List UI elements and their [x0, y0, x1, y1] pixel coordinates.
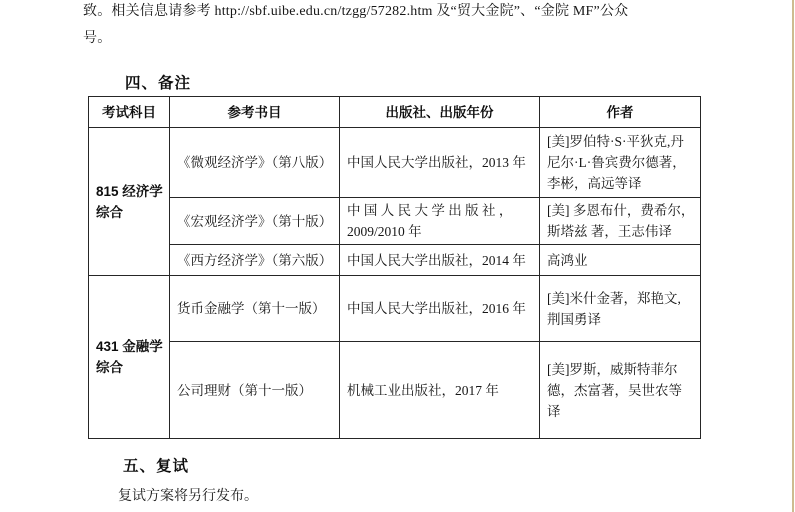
table-row: 《西方经济学》（第六版） 中国人民大学出版社，2014 年 高鸿业	[89, 245, 701, 276]
table-row: 《宏观经济学》（第十版） 中 国 人 民 大 学 出 版 社 ， 2009/20…	[89, 198, 701, 245]
publisher-cell: 中国人民大学出版社，2016 年	[340, 276, 540, 342]
book-title-cell: 货币金融学（第十一版）	[170, 276, 340, 342]
page-right-edge-line	[792, 0, 794, 512]
subject-cell-815-economics: 815 经济学 综合	[89, 128, 170, 276]
publisher-cell: 中国人民大学出版社，2013 年	[340, 128, 540, 198]
subject-cell-431-finance: 431 金融学 综合	[89, 276, 170, 439]
reference-books-table: 考试科目 参考书目 出版社、出版年份 作者 815 经济学 综合 《微观经济学》…	[88, 96, 701, 439]
author-cell: 高鸿业	[540, 245, 701, 276]
section-heading-remarks: 四、备注	[125, 71, 191, 93]
table-header-row: 考试科目 参考书目 出版社、出版年份 作者	[89, 97, 701, 128]
book-title-cell: 《宏观经济学》（第十版）	[170, 198, 340, 245]
table-row: 431 金融学 综合 货币金融学（第十一版） 中国人民大学出版社，2016 年 …	[89, 276, 701, 342]
author-cell: [美]米什金著，郑艳文, 荆国勇译	[540, 276, 701, 342]
table-row: 815 经济学 综合 《微观经济学》（第八版） 中国人民大学出版社，2013 年…	[89, 128, 701, 198]
column-header-author: 作者	[540, 97, 701, 128]
column-header-publisher-year: 出版社、出版年份	[340, 97, 540, 128]
publisher-cell: 中 国 人 民 大 学 出 版 社 ， 2009/2010 年	[340, 198, 540, 245]
book-title-cell: 公司理财（第十一版）	[170, 342, 340, 439]
publisher-cell: 机械工业出版社，2017 年	[340, 342, 540, 439]
intro-paragraph: 致。相关信息请参考 http://sbf.uibe.edu.cn/tzgg/57…	[83, 0, 628, 52]
table-row: 公司理财（第十一版） 机械工业出版社，2017 年 [美]罗斯，威斯特菲尔 德，…	[89, 342, 701, 439]
book-title-cell: 《微观经济学》（第八版）	[170, 128, 340, 198]
book-title-cell: 《西方经济学》（第六版）	[170, 245, 340, 276]
column-header-exam-subject: 考试科目	[89, 97, 170, 128]
section-heading-retest: 五、复试	[123, 454, 189, 476]
retest-body-text: 复试方案将另行发布。	[118, 487, 258, 507]
author-cell: [美] 多恩布什，费希尔， 斯塔兹 著，王志伟译	[540, 198, 701, 245]
publisher-cell: 中国人民大学出版社，2014 年	[340, 245, 540, 276]
author-cell: [美]罗伯特·S·平狄克,丹 尼尔·L·鲁宾费尔德著， 李彬，高远等译	[540, 128, 701, 198]
author-cell: [美]罗斯，威斯特菲尔 德，杰富著，吴世农等 译	[540, 342, 701, 439]
column-header-reference-books: 参考书目	[170, 97, 340, 128]
